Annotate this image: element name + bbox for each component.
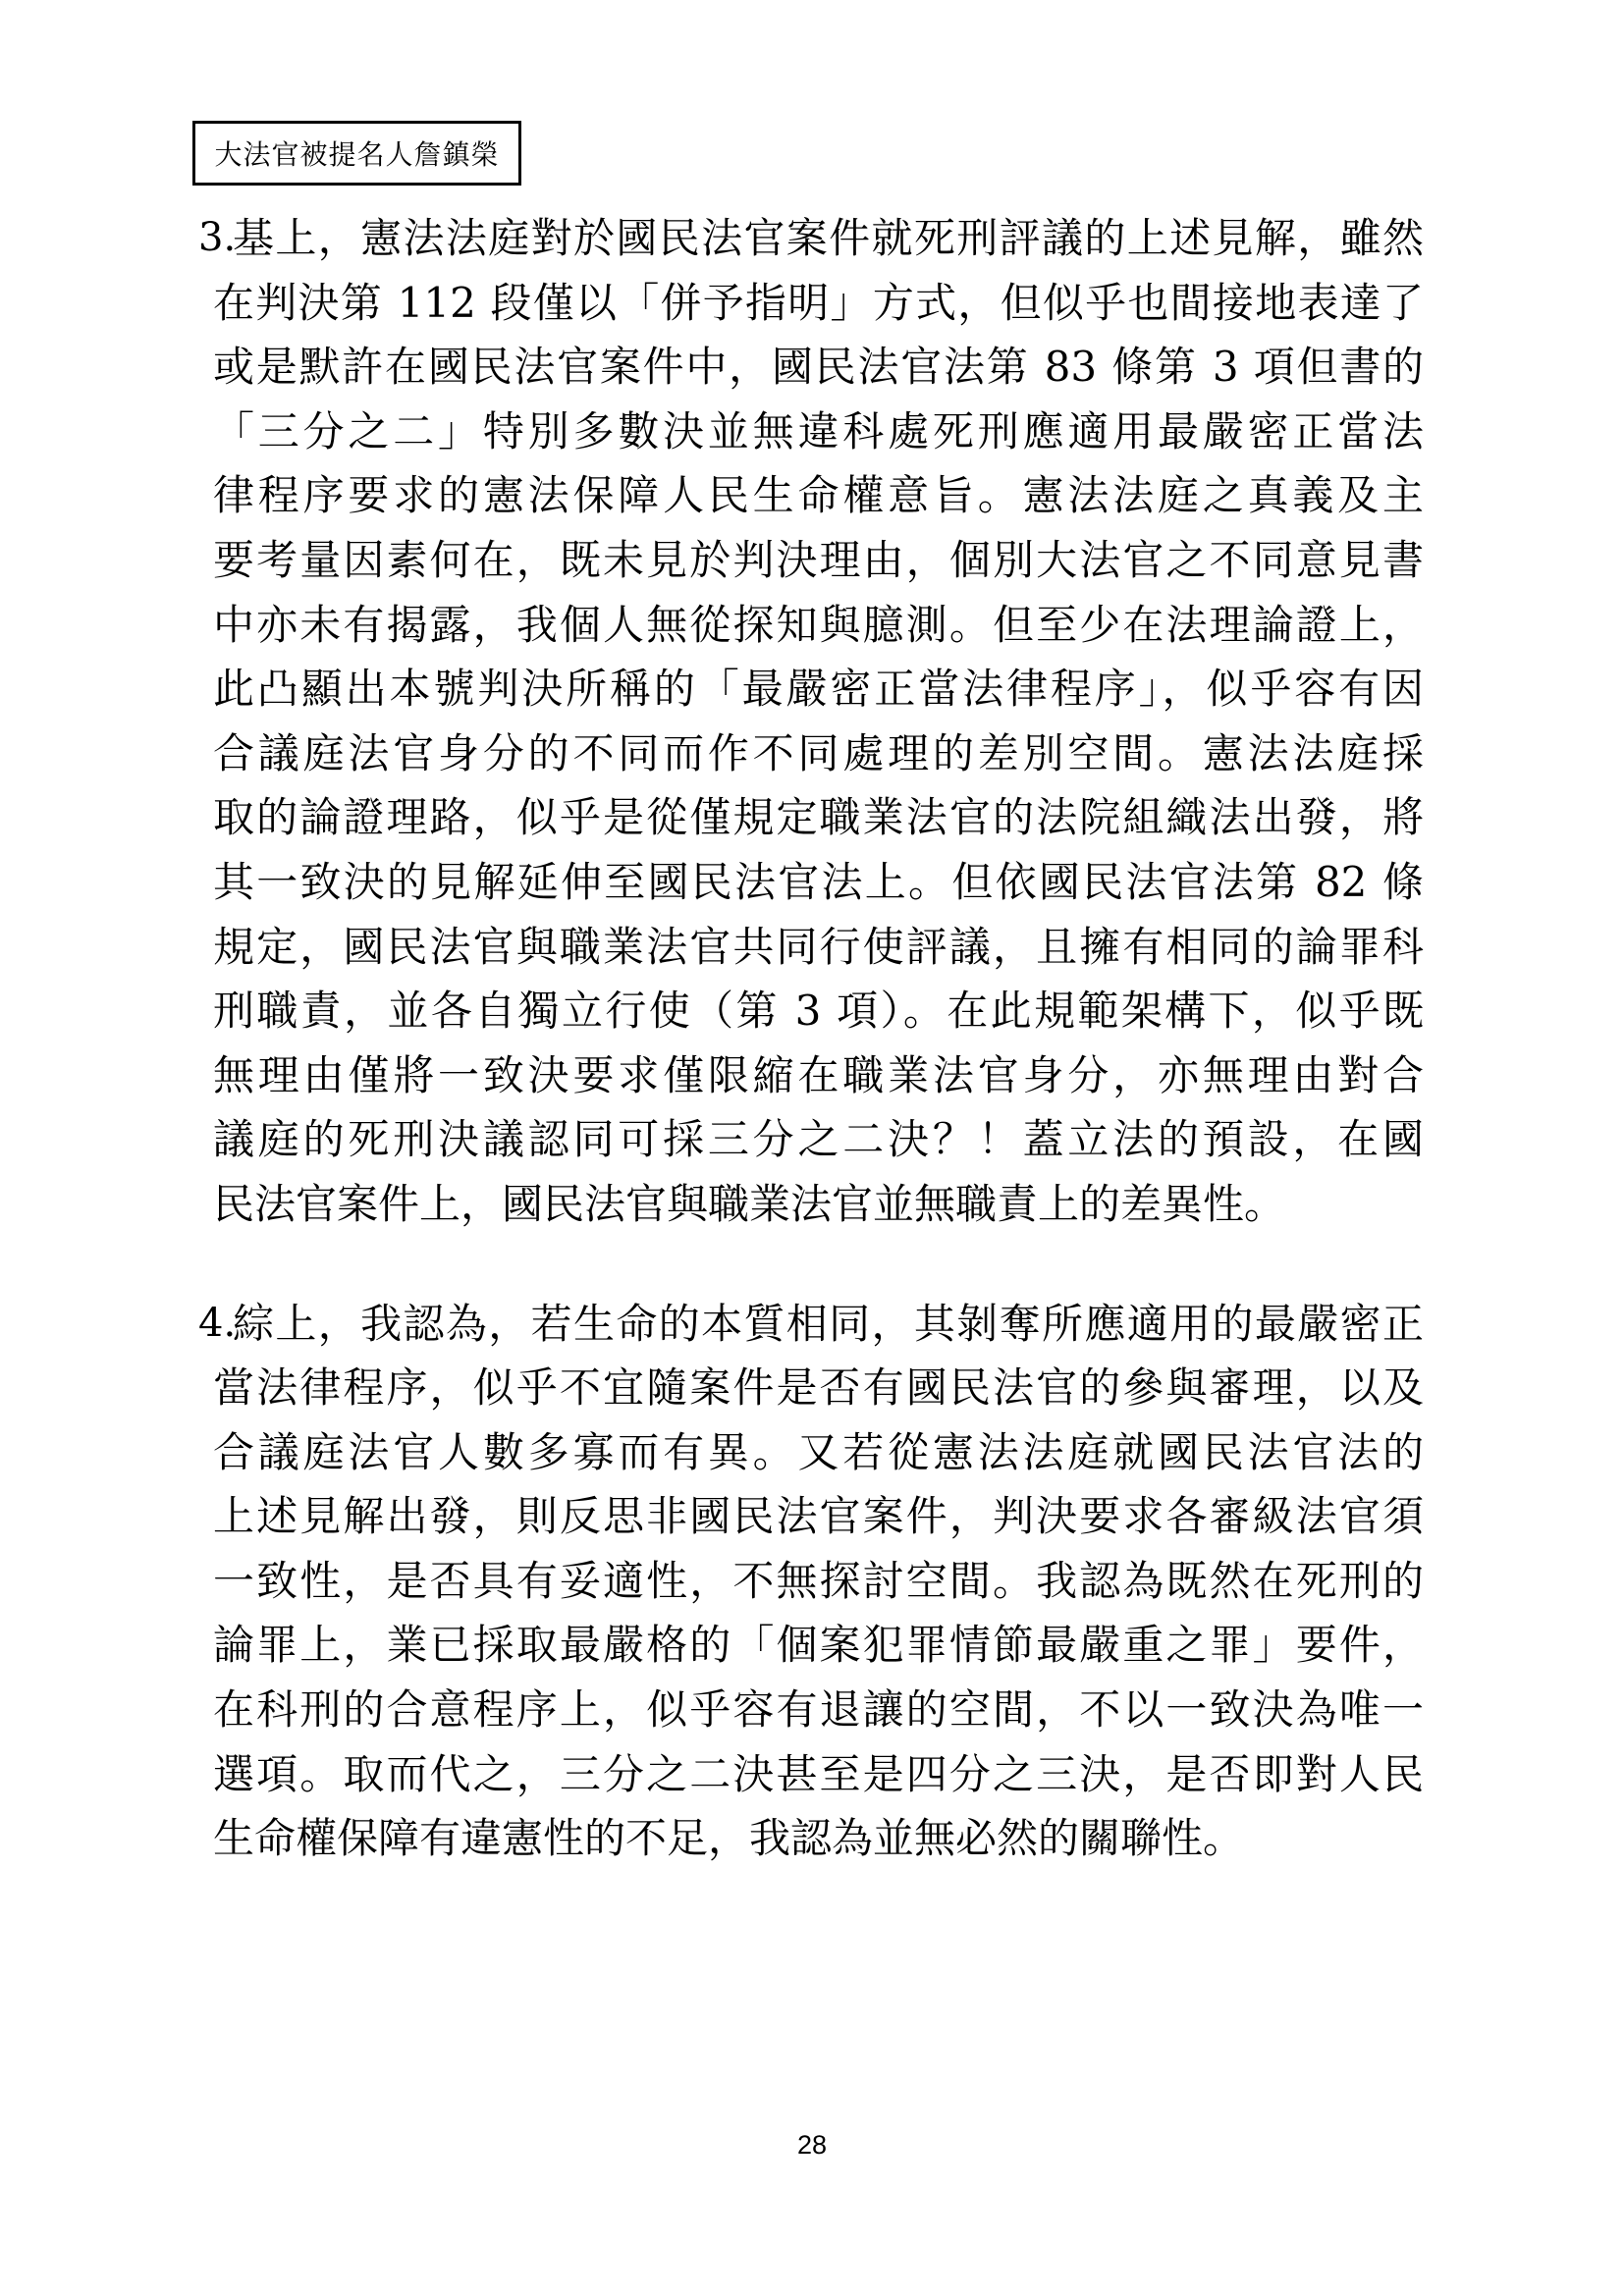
text-line: 當法律程序，似乎不宜隨案件是否有國民法官的參與審理，以及 (213, 1356, 1424, 1420)
page-number: 28 (797, 2130, 827, 2160)
text-line: 此凸顯出本號判決所稱的「最嚴密正當法律程序」，似乎容有因 (213, 657, 1424, 721)
document-page: 大法官被提名人詹鎮榮 3. 基上，憲法法庭對於國民法官案件就死刑評議的上述見解，… (0, 0, 1624, 2296)
text-line: 律程序要求的憲法保障人民生命權意旨。憲法法庭之真義及主 (213, 463, 1424, 528)
text-line: 合議庭法官身分的不同而作不同處理的差別空間。憲法法庭採 (213, 721, 1424, 786)
paragraph-3: 3. 基上，憲法法庭對於國民法官案件就死刑評議的上述見解，雖然 在判決第 112… (213, 206, 1424, 1237)
nominee-name-label: 大法官被提名人詹鎮榮 (214, 133, 499, 173)
text-line: 議庭的死刑決議認同可採三分之二決？！蓋立法的預設，在國 (213, 1107, 1424, 1172)
text-line: 取的論證理路，似乎是從僅規定職業法官的法院組織法出發，將 (213, 785, 1424, 850)
page-footer: 28 (0, 2130, 1624, 2161)
text-line: 在判決第 112 段僅以「併予指明」方式，但似乎也間接地表達了 (213, 271, 1424, 336)
list-number-4: 4. (198, 1292, 236, 1357)
text-line: 在科刑的合意程序上，似乎容有退讓的空間，不以一致決為唯一 (213, 1678, 1424, 1742)
text-line: 刑職責，並各自獨立行使（第 3 項）。在此規範架構下，似乎既 (213, 979, 1424, 1043)
list-number-3: 3. (198, 206, 236, 271)
text-line: 上述見解出發，則反思非國民法官案件，判決要求各審級法官須 (213, 1484, 1424, 1549)
text-line: 民法官案件上，國民法官與職業法官並無職責上的差異性。 (213, 1172, 1424, 1237)
text-line: 一致性，是否具有妥適性，不無探討空間。我認為既然在死刑的 (213, 1549, 1424, 1614)
text-line: 論罪上，業已採取最嚴格的「個案犯罪情節最嚴重之罪」要件， (213, 1613, 1424, 1678)
text-line: 要考量因素何在，既未見於判決理由，個別大法官之不同意見書 (213, 528, 1424, 593)
nominee-name-box: 大法官被提名人詹鎮榮 (192, 121, 521, 186)
paragraph-4: 4. 綜上，我認為，若生命的本質相同，其剝奪所應適用的最嚴密正 當法律程序，似乎… (213, 1292, 1424, 1871)
text-line: 基上，憲法法庭對於國民法官案件就死刑評議的上述見解，雖然 (213, 206, 1424, 271)
text-line: 生命權保障有違憲性的不足，我認為並無必然的關聯性。 (213, 1806, 1424, 1871)
text-line: 綜上，我認為，若生命的本質相同，其剝奪所應適用的最嚴密正 (213, 1292, 1424, 1357)
text-line: 其一致決的見解延伸至國民法官法上。但依國民法官法第 82 條 (213, 850, 1424, 915)
text-line: 無理由僅將一致決要求僅限縮在職業法官身分，亦無理由對合 (213, 1043, 1424, 1108)
text-line: 中亦未有揭露，我個人無從探知與臆測。但至少在法理論證上， (213, 593, 1424, 658)
text-line: 合議庭法官人數多寡而有異。又若從憲法法庭就國民法官法的 (213, 1420, 1424, 1485)
text-line: 選項。取而代之，三分之二決甚至是四分之三決，是否即對人民 (213, 1742, 1424, 1807)
text-line: 規定，國民法官與職業法官共同行使評議，且擁有相同的論罪科 (213, 915, 1424, 980)
document-body: 3. 基上，憲法法庭對於國民法官案件就死刑評議的上述見解，雖然 在判決第 112… (213, 206, 1424, 1871)
text-line: 或是默許在國民法官案件中，國民法官法第 83 條第 3 項但書的 (213, 335, 1424, 400)
text-line: 「三分之二」特別多數決並無違科處死刑應適用最嚴密正當法 (213, 400, 1424, 464)
